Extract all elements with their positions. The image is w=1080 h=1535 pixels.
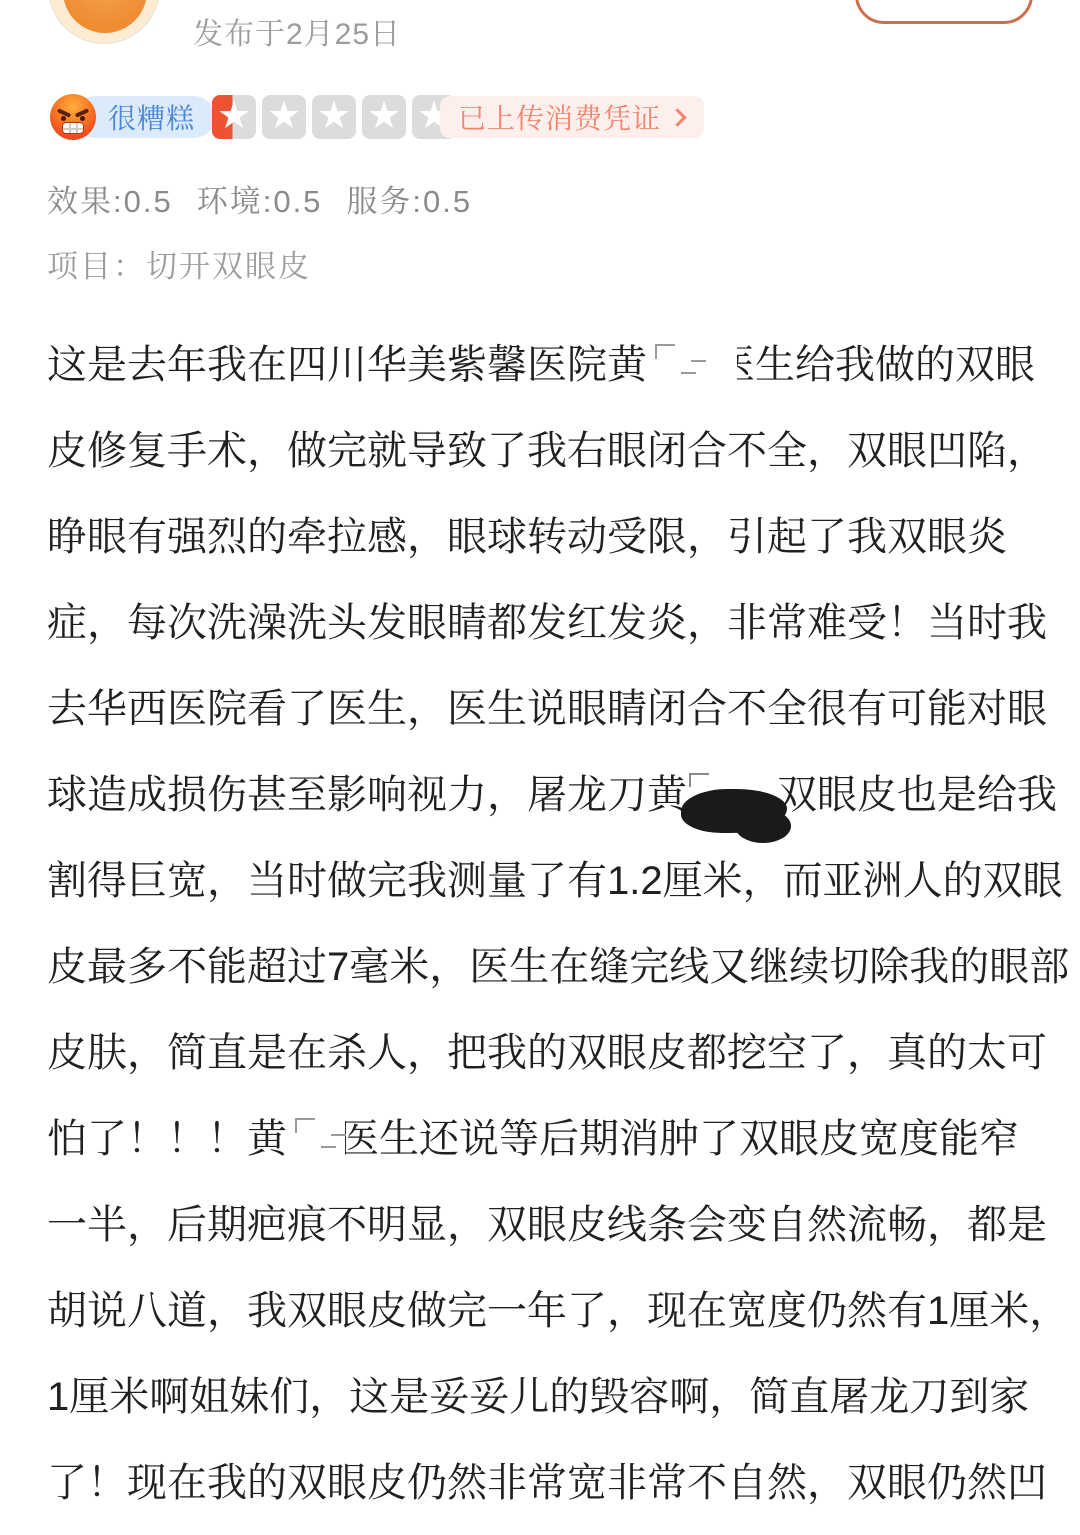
censored-name-overlay	[647, 339, 737, 383]
review-text-segment: 割得巨宽，当时做完我测量了有1.2厘米，而亚洲人的双眼	[47, 849, 1063, 906]
review-line: 了！现在我的双眼皮仍然非常宽非常不自然，双眼仍然凹	[47, 1436, 1057, 1522]
review-text-segment: 皮最多不能超过7毫米，医生在缝完线又继续切除我的眼部	[47, 935, 1069, 992]
star-icon: ★	[362, 95, 406, 139]
chevron-right-icon	[668, 108, 686, 126]
review-line: 睁眼有强烈的牵拉感，眼球转动受限，引起了我双眼炎	[47, 490, 1057, 576]
score-metrics: 效果:0.5 环境:0.5 服务:0.5	[47, 176, 472, 221]
review-text-segment: 双眼皮也是给我	[777, 763, 1057, 820]
review-line: 皮肤，简直是在杀人，把我的双眼皮都挖空了，真的太可	[47, 1006, 1057, 1092]
review-text-segment: 1厘米啊姐妹们，这是妥妥儿的毁容啊，简直屠龙刀到家	[47, 1365, 1029, 1422]
receipt-badge[interactable]: 已上传消费凭证	[440, 96, 704, 138]
avatar[interactable]	[48, 0, 160, 44]
review-text-segment: 医生给我做的双眼	[715, 333, 1035, 390]
receipt-badge-label: 已上传消费凭证	[458, 97, 661, 137]
project-line: 项目：切开双眼皮	[47, 241, 311, 286]
censor-scribble	[681, 789, 787, 833]
review-text-segment: 一半，后期疤痕不明显，双眼皮线条会变自然流畅，都是	[47, 1193, 1047, 1250]
censored-name-overlay	[287, 1113, 345, 1157]
star-rating: ★ ★ ★ ★ ★	[212, 95, 456, 139]
review-line: 怕了！！！黄 医生还说等后期消肿了双眼皮宽度能窄	[47, 1092, 1057, 1178]
star-icon: ★	[312, 95, 356, 139]
review-text-segment: 这是去年我在四川华美紫馨医院黄	[47, 333, 647, 390]
review-line: 球造成损伤甚至影响视力，屠龙刀黄 双眼皮也是给我	[47, 748, 1057, 834]
review-text-segment: 皮肤，简直是在杀人，把我的双眼皮都挖空了，真的太可	[47, 1021, 1047, 1078]
review-text-segment: 了！现在我的双眼皮仍然非常宽非常不自然，双眼仍然凹	[47, 1451, 1047, 1508]
review-text-segment: 去华西医院看了医生，医生说眼睛闭合不全很有可能对眼	[47, 677, 1047, 734]
score-metric: 服务:0.5	[346, 176, 472, 221]
follow-button[interactable]	[855, 0, 1033, 24]
review-page: 发布于2月25日 很糟糕 ★ ★ ★ ★ ★ 已上传消费凭证 效果:0.5 环境…	[0, 0, 1080, 1535]
review-line: 胡说八道，我双眼皮做完一年了，现在宽度仍然有1厘米，	[47, 1264, 1057, 1350]
review-line: 皮修复手术，做完就导致了我右眼闭合不全，双眼凹陷，	[47, 404, 1057, 490]
publish-date: 发布于2月25日	[193, 9, 401, 53]
review-text-segment: 球造成损伤甚至影响视力，屠龙刀黄	[47, 763, 687, 820]
score-metric: 环境:0.5	[197, 176, 323, 221]
review-line: 1厘米啊姐妹们，这是妥妥儿的毁容啊，简直屠龙刀到家	[47, 1350, 1057, 1436]
review-text-segment: 皮修复手术，做完就导致了我右眼闭合不全，双眼凹陷，	[47, 419, 1047, 476]
review-line: 去华西医院看了医生，医生说眼睛闭合不全很有可能对眼	[47, 662, 1057, 748]
review-text-segment: 症，每次洗澡洗头发眼睛都发红发炎，非常难受！当时我	[47, 591, 1047, 648]
review-line: 症，每次洗澡洗头发眼睛都发红发炎，非常难受！当时我	[47, 576, 1057, 662]
avatar-inner-circle	[63, 0, 147, 33]
review-text-segment: 胡说八道，我双眼皮做完一年了，现在宽度仍然有1厘米，	[47, 1279, 1069, 1336]
angry-emoji-icon	[50, 94, 96, 140]
review-text-segment: 怕了！！！黄	[47, 1107, 287, 1164]
review-line: 皮最多不能超过7毫米，医生在缝完线又继续切除我的眼部	[47, 920, 1057, 1006]
review-text-segment: 睁眼有强烈的牵拉感，眼球转动受限，引起了我双眼炎	[47, 505, 1007, 562]
review-text: 这是去年我在四川华美紫馨医院黄 医生给我做的双眼 皮修复手术，做完就导致了我右眼…	[47, 318, 1057, 1522]
score-metric: 效果:0.5	[47, 176, 173, 221]
censored-name-overlay	[687, 769, 777, 813]
star-icon: ★	[262, 95, 306, 139]
star-icon: ★	[212, 95, 256, 139]
review-text-segment: 医生还说等后期消肿了双眼皮宽度能窄	[339, 1107, 1019, 1164]
review-line: 割得巨宽，当时做完我测量了有1.2厘米，而亚洲人的双眼	[47, 834, 1057, 920]
review-line: 这是去年我在四川华美紫馨医院黄 医生给我做的双眼	[47, 318, 1057, 404]
review-line: 一半，后期疤痕不明显，双眼皮线条会变自然流畅，都是	[47, 1178, 1057, 1264]
mood-label: 很糟糕	[108, 97, 195, 137]
